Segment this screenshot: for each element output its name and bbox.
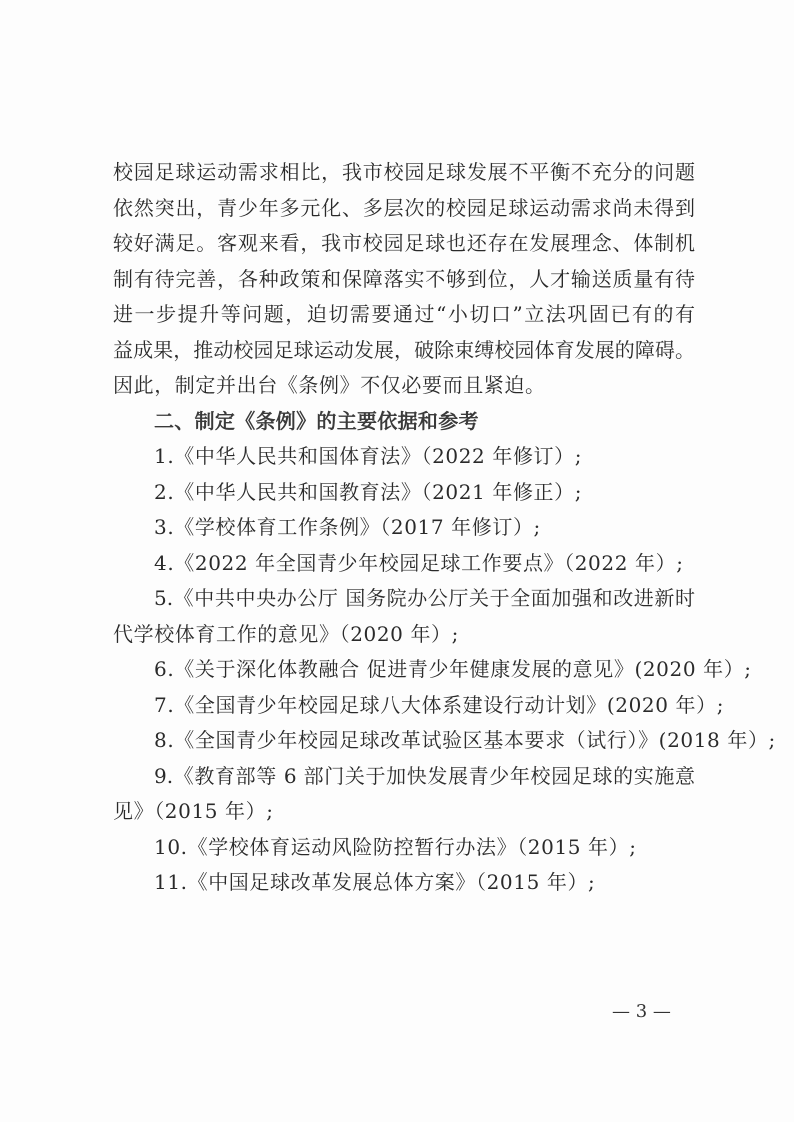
reference-item-6: 6.《关于深化体教融合 促进青少年健康发展的意见》(2020 年）; [113, 652, 695, 688]
reference-item-5: 5.《中共中央办公厅 国务院办公厅关于全面加强和改进新时 [113, 581, 695, 617]
text-line: 制有待完善，各种政策和保障落实不够到位，人才输送质量有待 [113, 262, 695, 298]
reference-item-7: 7.《全国青少年校园足球八大体系建设行动计划》(2020 年）; [113, 688, 695, 724]
section-heading: 二、制定《条例》的主要依据和参考 [113, 404, 695, 440]
paragraph-continuation: 校园足球运动需求相比，我市校园足球发展不平衡不充分的问题 依然突出，青少年多元化… [113, 155, 695, 404]
text-line: 进一步提升等问题，迫切需要通过“小切口”立法巩固已有的有 [113, 297, 695, 333]
reference-item-9-continuation: 见》（2015 年）; [113, 794, 695, 830]
text-line: 依然突出，青少年多元化、多层次的校园足球运动需求尚未得到 [113, 191, 695, 227]
reference-item-8: 8.《全国青少年校园足球改革试验区基本要求（试行）》(2018 年）; [113, 723, 695, 759]
text-line: 益成果，推动校园足球运动发展，破除束缚校园体育发展的障碍。 [113, 333, 695, 369]
reference-item-4: 4.《2022 年全国青少年校园足球工作要点》（2022 年）; [113, 546, 695, 582]
reference-list: 1.《中华人民共和国体育法》（2022 年修订）; 2.《中华人民共和国教育法》… [113, 439, 695, 901]
document-body: 校园足球运动需求相比，我市校园足球发展不平衡不充分的问题 依然突出，青少年多元化… [113, 155, 695, 901]
reference-item-2: 2.《中华人民共和国教育法》（2021 年修正）; [113, 475, 695, 511]
page-number: — 3 — [612, 1000, 671, 1024]
reference-item-5-continuation: 代学校体育工作的意见》（2020 年）; [113, 617, 695, 653]
text-line: 校园足球运动需求相比，我市校园足球发展不平衡不充分的问题 [113, 155, 695, 191]
text-line: 因此，制定并出台《条例》不仅必要而且紧迫。 [113, 368, 695, 404]
reference-item-10: 10.《学校体育运动风险防控暂行办法》（2015 年）; [113, 830, 695, 866]
text-line: 较好满足。客观来看，我市校园足球也还存在发展理念、体制机 [113, 226, 695, 262]
reference-item-3: 3.《学校体育工作条例》（2017 年修订）; [113, 510, 695, 546]
document-page: 校园足球运动需求相比，我市校园足球发展不平衡不充分的问题 依然突出，青少年多元化… [0, 0, 794, 1122]
reference-item-1: 1.《中华人民共和国体育法》（2022 年修订）; [113, 439, 695, 475]
reference-item-9: 9.《教育部等 6 部门关于加快发展青少年校园足球的实施意 [113, 759, 695, 795]
reference-item-11: 11.《中国足球改革发展总体方案》（2015 年）; [113, 865, 695, 901]
